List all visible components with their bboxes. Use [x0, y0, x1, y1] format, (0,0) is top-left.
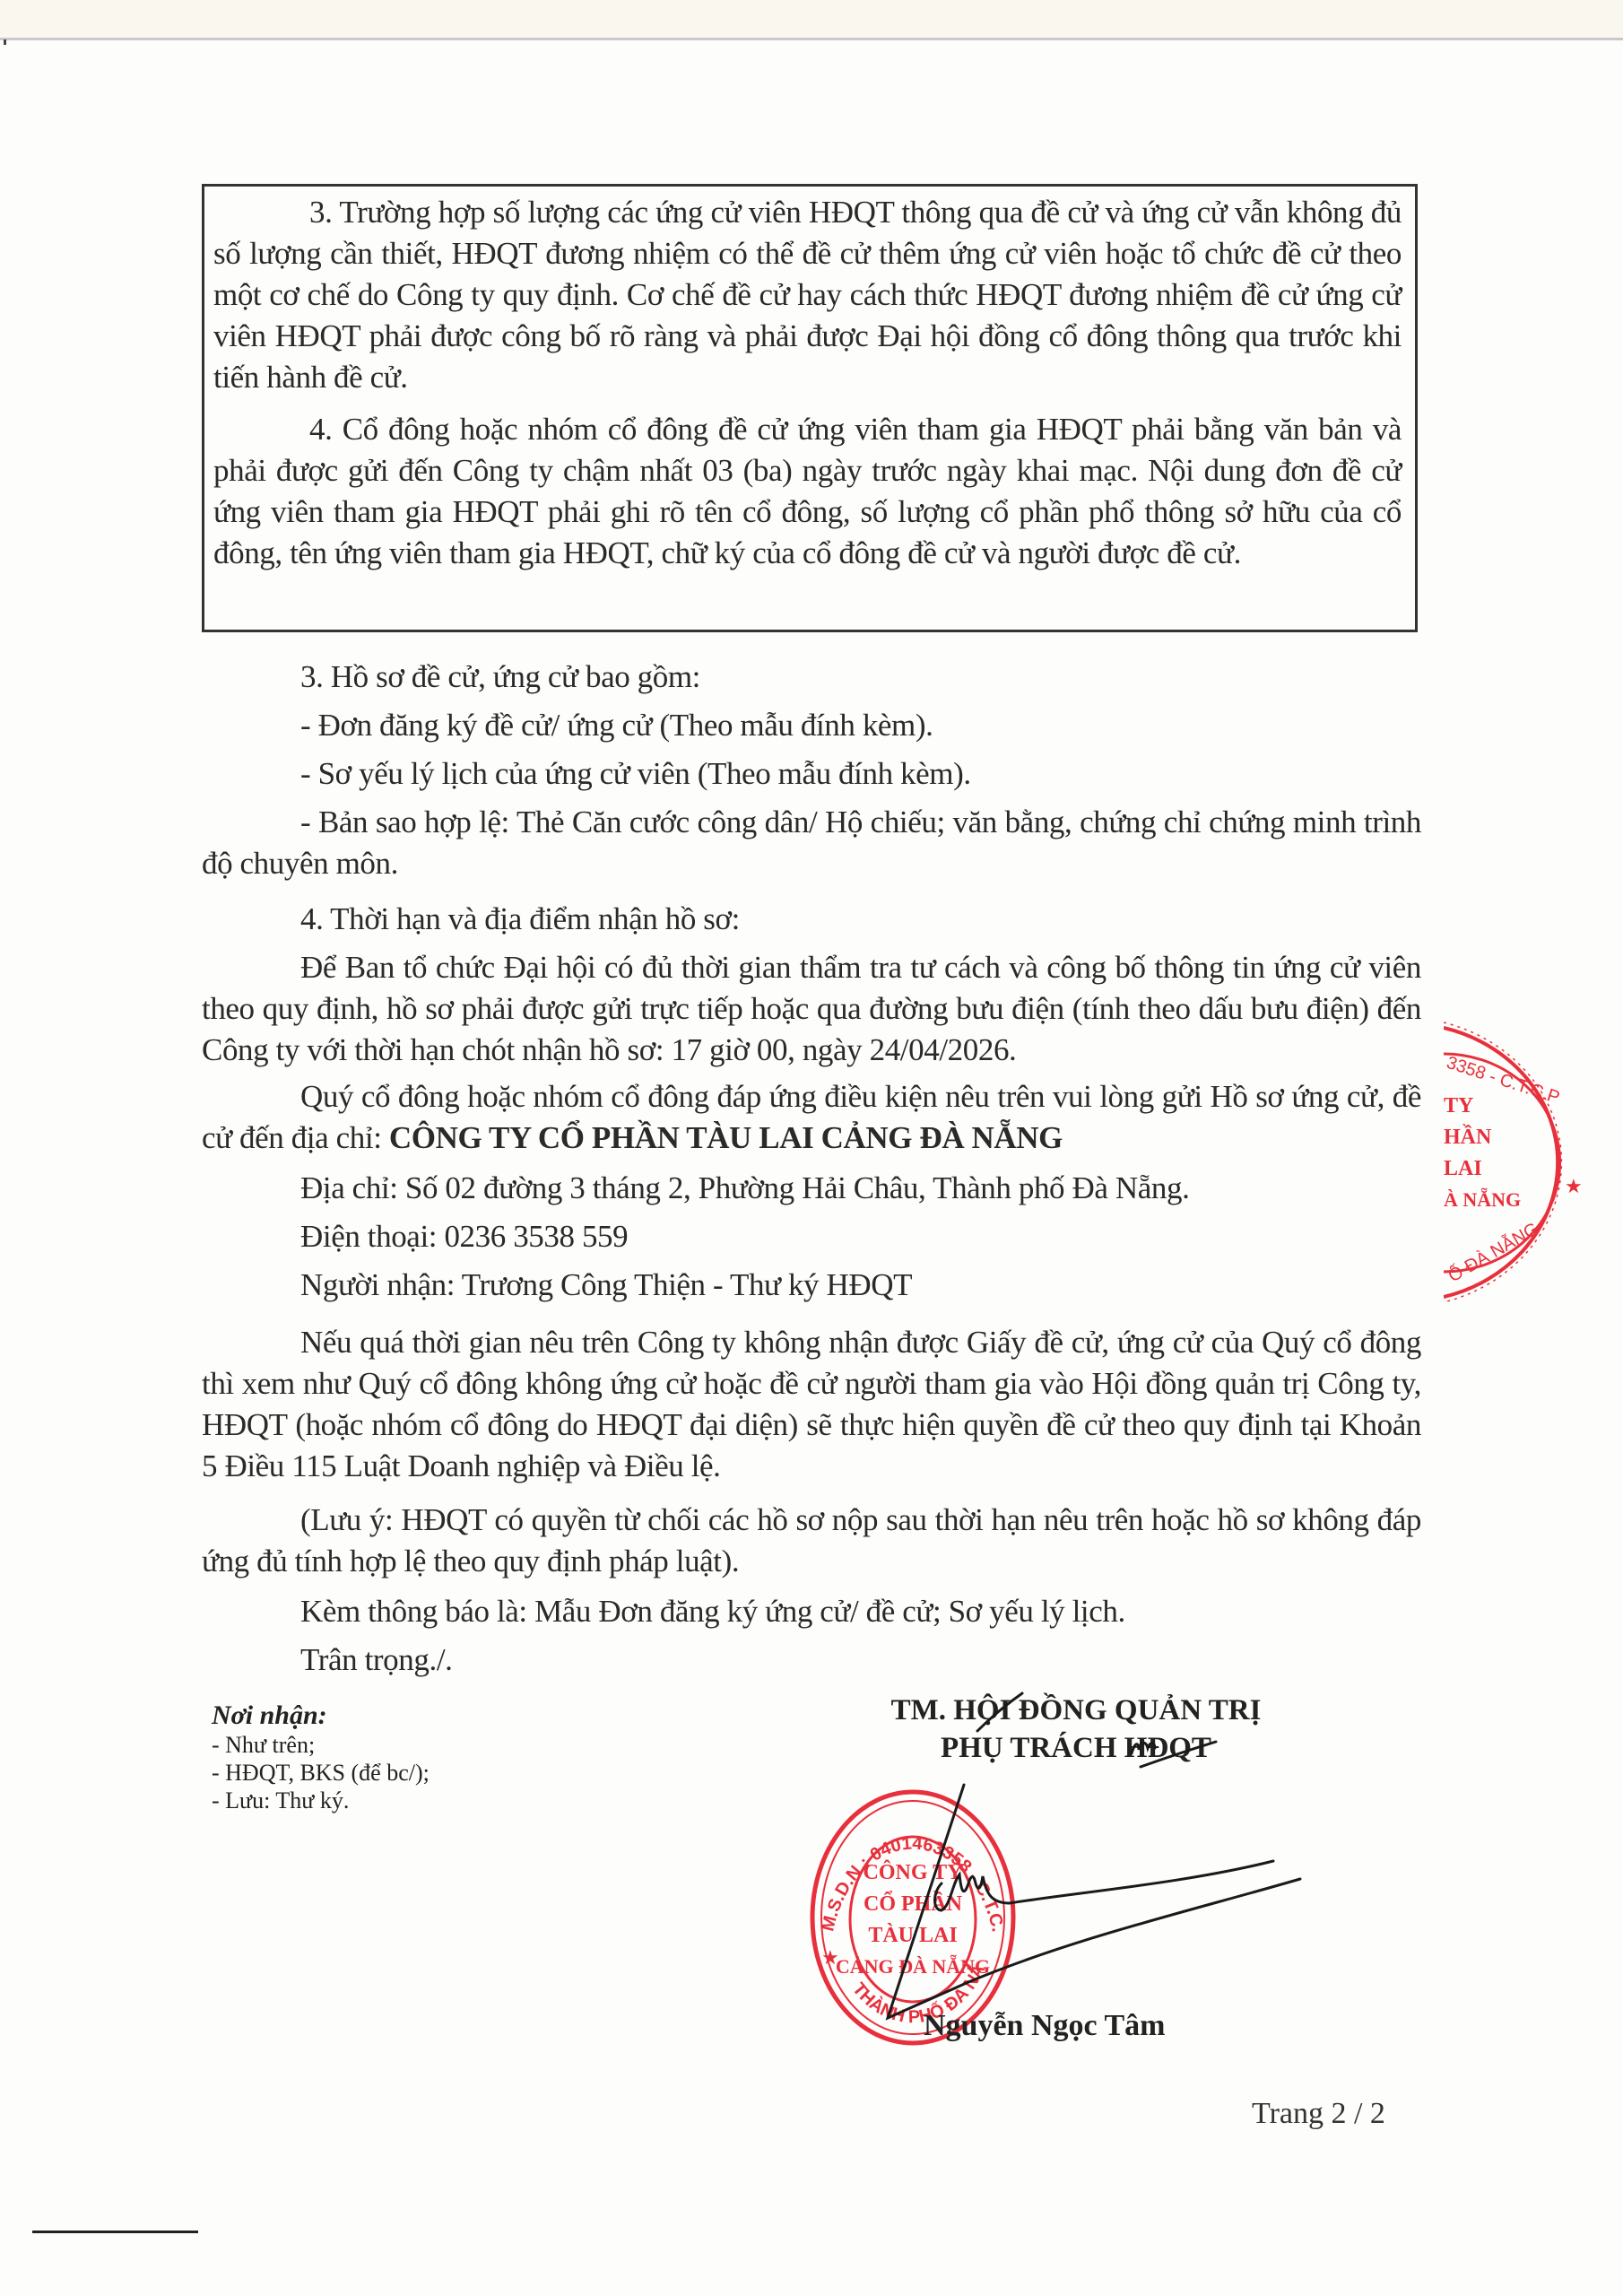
svg-text:CẢNG ĐÀ NẴNG: CẢNG ĐÀ NẴNG [836, 1955, 990, 1978]
deadline-paragraph: Để Ban tổ chức Đại hội có đủ thời gian t… [202, 947, 1421, 1071]
svg-text:TY: TY [1444, 1094, 1473, 1118]
section3-heading: 3. Hồ sơ đề cử, ứng cử bao gồm: [202, 657, 1421, 698]
svg-text:HẦN: HẦN [1444, 1125, 1492, 1149]
svg-text:★: ★ [1565, 1175, 1583, 1197]
section3-item-1: - Đơn đăng ký đề cử/ ứng cử (Theo mẫu đí… [202, 705, 1421, 746]
footer-rule [32, 2231, 198, 2233]
box-paragraph-4: 4. Cổ đông hoặc nhóm cổ đông đề cử ứng v… [213, 409, 1402, 574]
svg-text:CỔ PHẦN: CỔ PHẦN [864, 1892, 963, 1916]
svg-text:LAI: LAI [1444, 1157, 1482, 1180]
company-name: CÔNG TY CỔ PHẦN TÀU LAI CẢNG ĐÀ NẴNG [389, 1120, 1063, 1155]
page-number: Trang 2 / 2 [1252, 2097, 1385, 2131]
scan-mark [4, 39, 6, 45]
section4-heading: 4. Thời hạn và địa điểm nhận hồ sơ: [202, 899, 1421, 940]
quoted-regulation-box: 3. Trường hợp số lượng các ứng cử viên H… [202, 184, 1418, 632]
note-paragraph: (Lưu ý: HĐQT có quyền từ chối các hồ sơ … [202, 1500, 1421, 1582]
section3-item-3: - Bản sao hợp lệ: Thẻ Căn cước công dân/… [202, 802, 1421, 884]
receivers-title: Nơi nhận: [212, 1700, 430, 1731]
page-seal-stamp-partial: 3358 - C.T.C.P TY HẦN LAI À NẴNG ★ Ố ĐÀ … [1444, 1013, 1623, 1309]
send-paragraph: Quý cổ đông hoặc nhóm cổ đông đáp ứng đi… [202, 1076, 1421, 1159]
svg-text:CÔNG TY: CÔNG TY [864, 1860, 963, 1884]
svg-text:TÀU LAI: TÀU LAI [868, 1924, 957, 1947]
box-paragraph-3: 3. Trường hợp số lượng các ứng cử viên H… [213, 192, 1402, 398]
phone-line: Điện thoại: 0236 3538 559 [202, 1216, 1421, 1257]
signature-title-2: PHỤ TRÁCH HĐQT [825, 1729, 1327, 1767]
section3-item-2: - Sơ yếu lý lịch của ứng cử viên (Theo m… [202, 753, 1421, 795]
signature-title-1: TM. HỘI ĐỒNG QUẢN TRỊ [825, 1692, 1327, 1729]
signature-block: TM. HỘI ĐỒNG QUẢN TRỊ PHỤ TRÁCH HĐQT [825, 1692, 1327, 1767]
signer-name: Nguyễn Ngọc Tâm [924, 2009, 1166, 2043]
attachments-line: Kèm thông báo là: Mẫu Đơn đăng ký ứng cử… [202, 1591, 1421, 1632]
receiver-item: - Như trên; [212, 1731, 430, 1759]
recipient-line: Người nhận: Trương Công Thiện - Thư ký H… [202, 1265, 1421, 1306]
closing-line: Trân trọng./. [202, 1639, 1421, 1681]
scan-edge [0, 0, 1623, 40]
receivers-list: Nơi nhận: - Như trên; - HĐQT, BKS (để bc… [212, 1700, 430, 1814]
svg-text:★: ★ [821, 1946, 839, 1969]
late-submission-paragraph: Nếu quá thời gian nêu trên Công ty không… [202, 1322, 1421, 1487]
receiver-item: - HĐQT, BKS (để bc/); [212, 1759, 430, 1787]
svg-text:À NẴNG: À NẴNG [1444, 1188, 1521, 1211]
receiver-item: - Lưu: Thư ký. [212, 1787, 430, 1814]
address-line: Địa chỉ: Số 02 đường 3 tháng 2, Phường H… [202, 1168, 1421, 1209]
